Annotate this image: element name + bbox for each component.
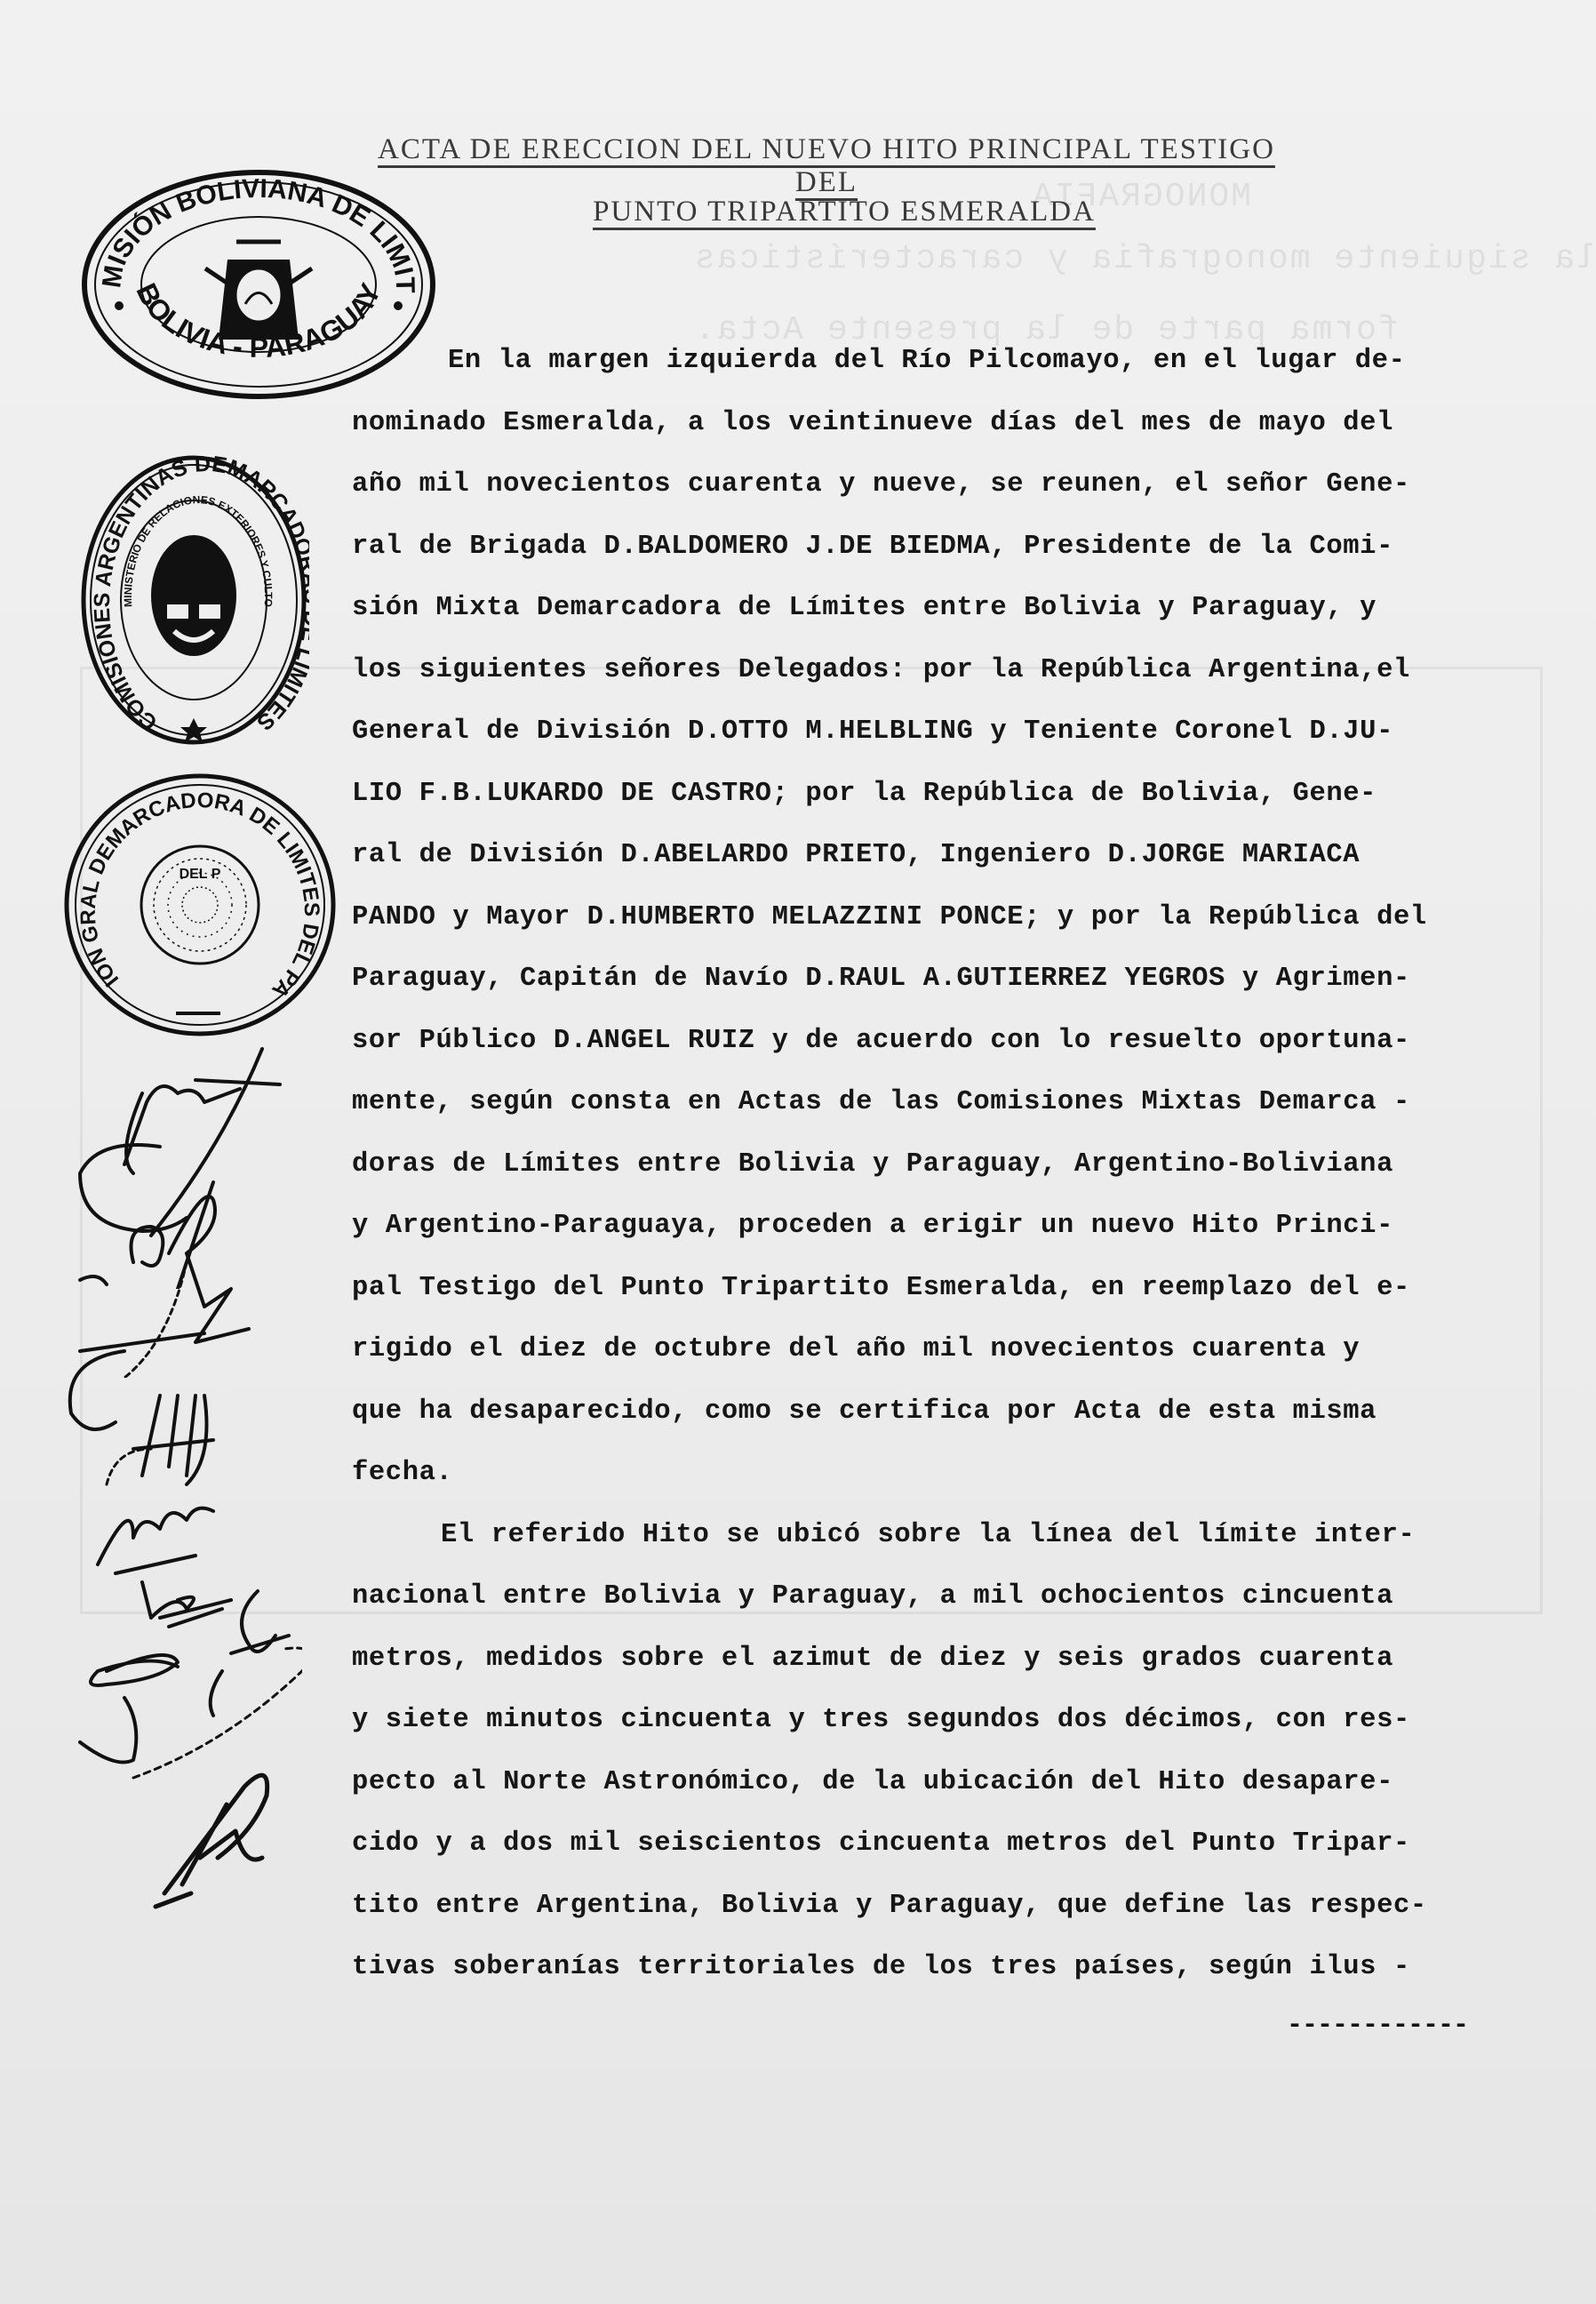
text-line: nacional entre Bolivia y Paraguay, a mil… bbox=[352, 1566, 1498, 1628]
argentina-coat-of-arms-icon bbox=[151, 535, 236, 656]
text-line: y Argentino-Paraguaya, proceden a erigir… bbox=[352, 1196, 1498, 1258]
text-line: LIO F.B.LUKARDO DE CASTRO; por la Repúbl… bbox=[352, 764, 1498, 826]
signature-7 bbox=[147, 1760, 298, 1916]
text-line: que ha desaparecido, como se certifica p… bbox=[352, 1381, 1498, 1444]
text-line: sión Mixta Demarcadora de Límites entre … bbox=[352, 578, 1498, 640]
document-page: MONOGRAFIA ...///-tre la siguiente monog… bbox=[0, 0, 1596, 2304]
text-line: ral de División D.ABELARDO PRIETO, Ingen… bbox=[352, 825, 1498, 887]
text-line: doras de Límites entre Bolivia y Paragua… bbox=[352, 1134, 1498, 1196]
text-line: nominado Esmeralda, a los veintinueve dí… bbox=[352, 393, 1498, 455]
text-line: General de División D.OTTO M.HELBLING y … bbox=[352, 701, 1498, 764]
text-line: rigido el diez de octubre del año mil no… bbox=[352, 1319, 1498, 1381]
text-line: En la margen izquierda del Río Pilcomayo… bbox=[352, 331, 1498, 393]
text-line: tito entre Argentina, Bolivia y Paraguay… bbox=[352, 1876, 1498, 1938]
text-line: los siguientes señores Delegados: por la… bbox=[352, 640, 1498, 702]
text-line: Paraguay, Capitán de Navío D.RAUL A.GUTI… bbox=[352, 948, 1498, 1011]
paraguay-delegation-stamp: DELEGACION GRAL DEMARCADORA DE LIMITES D… bbox=[62, 772, 338, 1043]
text-line: metros, medidos sobre el azimut de diez … bbox=[352, 1628, 1498, 1691]
text-line: pecto al Norte Astronómico, de la ubicac… bbox=[352, 1752, 1498, 1814]
continuation-dashes: ------------ bbox=[1287, 2011, 1468, 2041]
svg-text:DEL P: DEL P bbox=[180, 867, 221, 882]
text-line: y siete minutos cincuenta y tres segundo… bbox=[352, 1690, 1498, 1752]
bolivia-coat-of-arms-icon bbox=[205, 242, 312, 340]
paraguay-seal-icon: DEL P bbox=[141, 846, 259, 964]
text-line: ral de Brigada D.BALDOMERO J.DE BIEDMA, … bbox=[352, 516, 1498, 579]
text-line: El referido Hito se ubicó sobre la línea… bbox=[352, 1505, 1498, 1567]
document-title-line-1: ACTA DE ERECCION DEL NUEVO HITO PRINCIPA… bbox=[347, 133, 1306, 199]
text-line: fecha. bbox=[352, 1443, 1498, 1505]
text-line: pal Testigo del Punto Tripartito Esmeral… bbox=[352, 1258, 1498, 1320]
argentina-commission-stamp: COMISIONES ARGENTINAS DEMARCADORAS DE LI… bbox=[78, 453, 309, 751]
text-line: cido y a dos mil seiscientos cincuenta m… bbox=[352, 1813, 1498, 1876]
document-title-line-2: PUNTO TRIPARTITO ESMERALDA bbox=[498, 196, 1191, 228]
text-line: PANDO y Mayor D.HUMBERTO MELAZZINI PONCE… bbox=[352, 887, 1498, 949]
text-line: sor Público D.ANGEL RUIZ y de acuerdo co… bbox=[352, 1011, 1498, 1073]
signature-4 bbox=[53, 1342, 231, 1507]
bleed-through-text: ...///-tre la siguiente monografia y car… bbox=[693, 240, 1596, 278]
text-line: mente, según consta en Actas de las Comi… bbox=[352, 1072, 1498, 1134]
text-line: tivas soberanías territoriales de los tr… bbox=[352, 1937, 1498, 1999]
text-line: año mil novecientos cuarenta y nueve, se… bbox=[352, 454, 1498, 516]
document-body: En la margen izquierda del Río Pilcomayo… bbox=[352, 331, 1498, 1999]
